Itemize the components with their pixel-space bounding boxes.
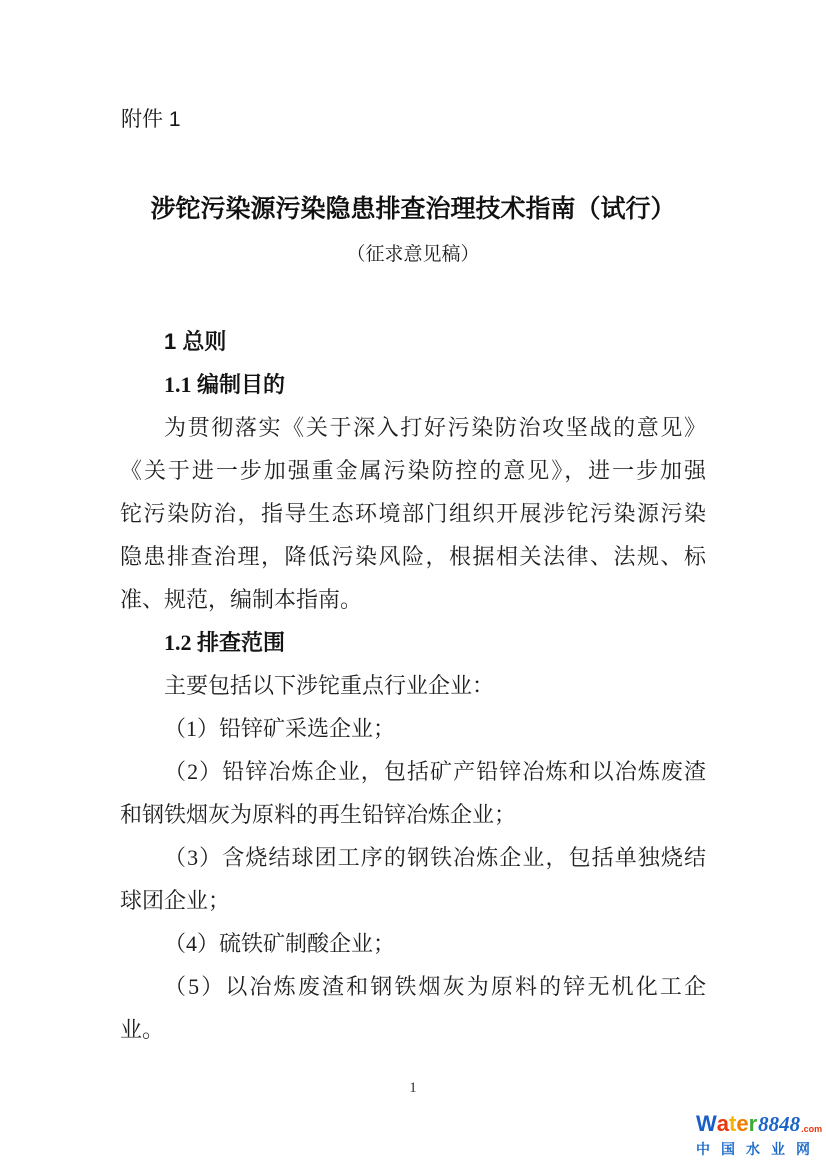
list-item-line: 球团企业；	[120, 879, 706, 922]
list-item-line: 和钢铁烟灰为原料的再生铅锌冶炼企业；	[120, 793, 706, 836]
document-body: 1 总则 1.1 编制目的 为贯彻落实《关于深入打好污染防治攻坚战的意见》 《关…	[120, 320, 706, 1051]
logo-letter-t: t	[729, 1113, 736, 1135]
logo-chinese-name: 中国水业网	[696, 1139, 822, 1159]
section-heading: 1 总则	[120, 320, 706, 363]
page-number: 1	[0, 1080, 826, 1097]
logo-letter-r: r	[749, 1113, 758, 1135]
document-title: 涉铊污染源污染隐患排查治理技术指南（试行）	[0, 189, 826, 225]
subsection-heading: 1.1 编制目的	[120, 363, 706, 406]
paragraph-line: 《关于进一步加强重金属污染防控的意见》，进一步加强	[120, 449, 706, 492]
paragraph-line: 为贯彻落实《关于深入打好污染防治攻坚战的意见》	[120, 406, 706, 449]
list-item-line: （5）以冶炼废渣和钢铁烟灰为原料的锌无机化工企	[120, 965, 706, 1008]
paragraph-line: 铊污染防治，指导生态环境部门组织开展涉铊污染源污染	[120, 492, 706, 535]
water8848-wordmark: W a t e r 8848 .com	[696, 1113, 822, 1135]
logo-number: 8848	[758, 1114, 800, 1135]
list-item-line: （1）铅锌矿采选企业；	[120, 707, 706, 750]
document-page: 附件 1 涉铊污染源污染隐患排查治理技术指南（试行） （征求意见稿） 1 总则 …	[0, 0, 826, 1169]
logo-letter-e: e	[736, 1113, 748, 1135]
list-item-line: 业。	[120, 1008, 706, 1051]
subsection-heading: 1.2 排查范围	[120, 621, 706, 664]
logo-letter-w: W	[696, 1113, 717, 1135]
document-subtitle: （征求意见稿）	[0, 239, 826, 266]
list-item-line: （4）硫铁矿制酸企业；	[120, 922, 706, 965]
logo-tld: .com	[801, 1125, 822, 1135]
list-item-line: （3）含烧结球团工序的钢铁冶炼企业，包括单独烧结	[120, 836, 706, 879]
paragraph-line: 准、规范，编制本指南。	[120, 578, 706, 621]
list-item-line: （2）铅锌冶炼企业，包括矿产铅锌冶炼和以冶炼废渣	[120, 750, 706, 793]
paragraph-line: 隐患排查治理，降低污染风险，根据相关法律、法规、标	[120, 535, 706, 578]
logo-letter-a: a	[717, 1113, 729, 1135]
water8848-watermark: W a t e r 8848 .com 中国水业网	[696, 1113, 822, 1159]
attachment-label: 附件 1	[121, 103, 181, 133]
paragraph-line: 主要包括以下涉铊重点行业企业：	[120, 664, 706, 707]
